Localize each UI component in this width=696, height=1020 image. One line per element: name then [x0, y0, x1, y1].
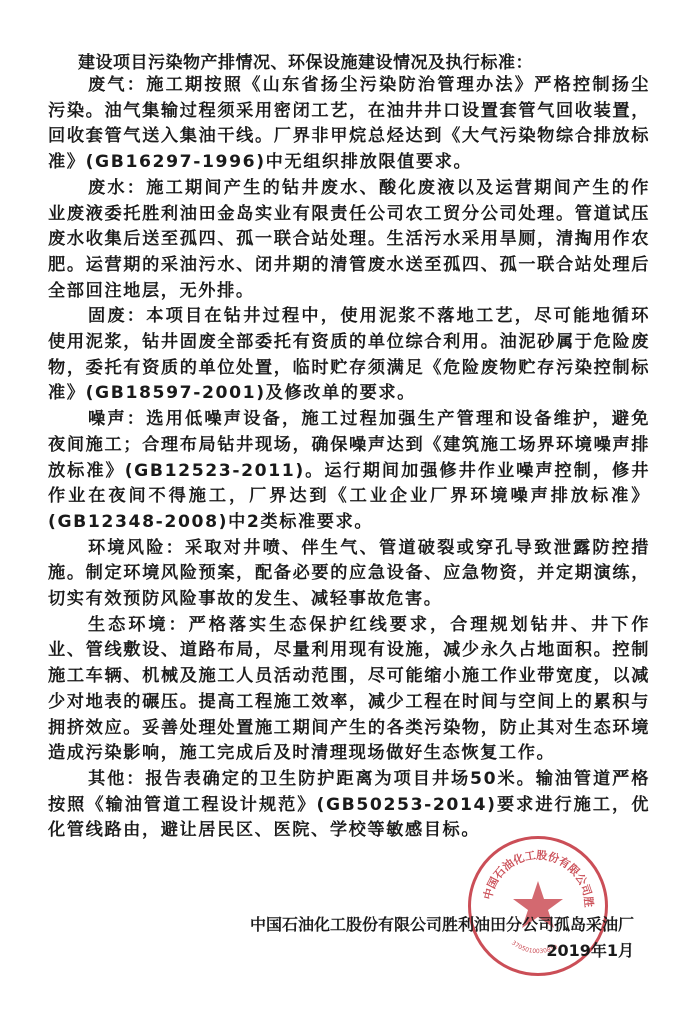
paragraph-label: 固废： [88, 306, 146, 326]
svg-text:中国石油化工股份有限公司胜利油田分公司孤岛采油厂: 中国石油化工股份有限公司胜利油田分公司孤岛采油厂 [471, 839, 596, 908]
paragraph-noise: 噪声：选用低噪声设备，施工过程加强生产管理和设备维护，避免夜间施工；合理布局钻井… [48, 407, 650, 536]
paragraph-waste-gas: 废气：施工期按照《山东省扬尘污染防治管理办法》严格控制扬尘污染。油气集输过程须采… [48, 73, 650, 176]
signature-block: 中国石油化工股份有限公司胜利油田分公司孤岛采油厂 2019年1月 [250, 912, 634, 964]
paragraph-label: 噪声： [88, 409, 146, 429]
paragraph-label: 废水： [88, 178, 146, 198]
document-title: 建设项目污染物产排情况、环保设施建设情况及执行标准： [78, 48, 533, 73]
paragraph-label: 环境风险： [88, 538, 185, 558]
paragraph-other: 其他：报告表确定的卫生防护距离为项目井场50米。输油管道严格按照《输油管道工程设… [48, 767, 650, 844]
paragraph-label: 其他： [88, 769, 145, 789]
paragraph-label: 生态环境： [88, 615, 189, 635]
paragraph-waste-water: 废水：施工期间产生的钻井废水、酸化废液以及运营期间产生的作业废液委托胜利油田金岛… [48, 176, 650, 305]
paragraph-label: 废气： [88, 75, 146, 95]
paragraph-environmental-risk: 环境风险：采取对井喷、伴生气、管道破裂或穿孔导致泄露防控措施。制定环境风险预案，… [48, 536, 650, 613]
signature-date: 2019年1月 [250, 938, 634, 964]
paragraph-text: 严格落实生态保护红线要求，合理规划钻井、井下作业、管线敷设、道路布局，尽量利用现… [48, 615, 650, 764]
paragraph-ecological-environment: 生态环境：严格落实生态保护红线要求，合理规划钻井、井下作业、管线敷设、道路布局，… [48, 613, 650, 767]
signature-organization: 中国石油化工股份有限公司胜利油田分公司孤岛采油厂 [250, 912, 634, 938]
paragraph-solid-waste: 固废：本项目在钻井过程中，使用泥浆不落地工艺，尽可能地循环使用泥浆，钻井固废全部… [48, 304, 650, 407]
document-body: 废气：施工期按照《山东省扬尘污染防治管理办法》严格控制扬尘污染。油气集输过程须采… [48, 73, 650, 844]
document-page: 建设项目污染物产排情况、环保设施建设情况及执行标准： 废气：施工期按照《山东省扬… [0, 0, 696, 1020]
